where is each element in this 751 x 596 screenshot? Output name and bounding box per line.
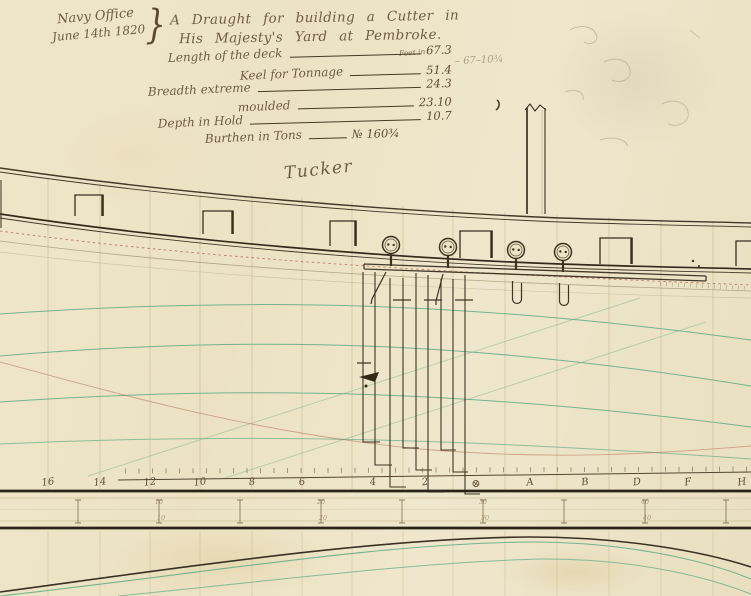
sheer-rails: [0, 168, 751, 273]
half-breadth-plan: [0, 537, 751, 596]
sheave-stanchion: [508, 242, 525, 259]
station-label: 16: [41, 476, 55, 489]
scale-number: 40: [643, 514, 651, 522]
pump-well-structure: [357, 272, 480, 494]
pump-handle: [371, 272, 386, 304]
sheave-stanchion: [555, 244, 572, 261]
sheave-stanchion: [440, 239, 457, 256]
gun-port: [600, 238, 632, 264]
sheave-stanchions: [383, 237, 572, 273]
midship-symbol: ⊗: [471, 476, 482, 490]
deck-outline: [0, 537, 751, 592]
sheave-stanchion: [383, 237, 400, 254]
station-label: 6: [298, 477, 306, 489]
dimension-value: 23.10: [419, 94, 452, 109]
gun-port: [75, 195, 103, 216]
leader-line: [250, 110, 421, 124]
station-label: 10: [193, 476, 207, 489]
station-label: 12: [143, 476, 157, 489]
dimension-value: 51.4: [426, 62, 452, 77]
mast: [525, 104, 546, 214]
scale-number: 20: [317, 498, 325, 506]
station-label: 2: [421, 477, 429, 489]
leader-line: [289, 44, 421, 57]
brace-glyph: }: [146, 2, 166, 48]
gun-port: [203, 211, 233, 234]
scale-number: 30: [479, 498, 487, 506]
leader-line: [350, 64, 421, 76]
leader-line: [257, 78, 421, 92]
pencil-smudges: [565, 27, 700, 146]
station-label: H: [737, 476, 747, 488]
scale-strip: [0, 491, 751, 528]
dimension-value: 10.7: [426, 108, 452, 123]
dimension-label: Depth in Hold: [158, 113, 244, 131]
scale-number: 10: [155, 498, 163, 506]
station-label: B: [581, 477, 590, 489]
pump-valve-mark: [359, 372, 379, 382]
station-label: A: [526, 477, 535, 489]
dimension-value: 24.3: [426, 76, 452, 91]
scale-ticks: [75, 500, 729, 523]
scale-number: 40: [641, 498, 649, 506]
station-label: 14: [93, 476, 107, 489]
station-label: F: [684, 477, 692, 489]
scale-number: 30: [481, 514, 489, 522]
ink-specks: [692, 260, 700, 267]
mast-break-mark: [525, 104, 546, 111]
gun-port: [736, 241, 751, 266]
ink-mark: [496, 100, 499, 110]
keel-line: [118, 469, 751, 480]
dimension-value: 67.3: [426, 43, 452, 58]
leader-line: [297, 96, 414, 109]
station-label: 8: [248, 477, 256, 489]
gun-ports: [75, 195, 751, 266]
dimension-value: № 160¾: [352, 126, 400, 141]
station-label: D: [632, 476, 641, 488]
scale-number: 10: [157, 514, 165, 522]
leader-line: [309, 128, 347, 139]
ship-draught-document: Navy Office June 14th 1820 } A Draught f…: [0, 0, 751, 596]
gun-port: [460, 231, 492, 258]
station-grid-lines: [48, 179, 713, 596]
station-label: 4: [369, 477, 377, 489]
scale-number: 20: [319, 514, 327, 522]
